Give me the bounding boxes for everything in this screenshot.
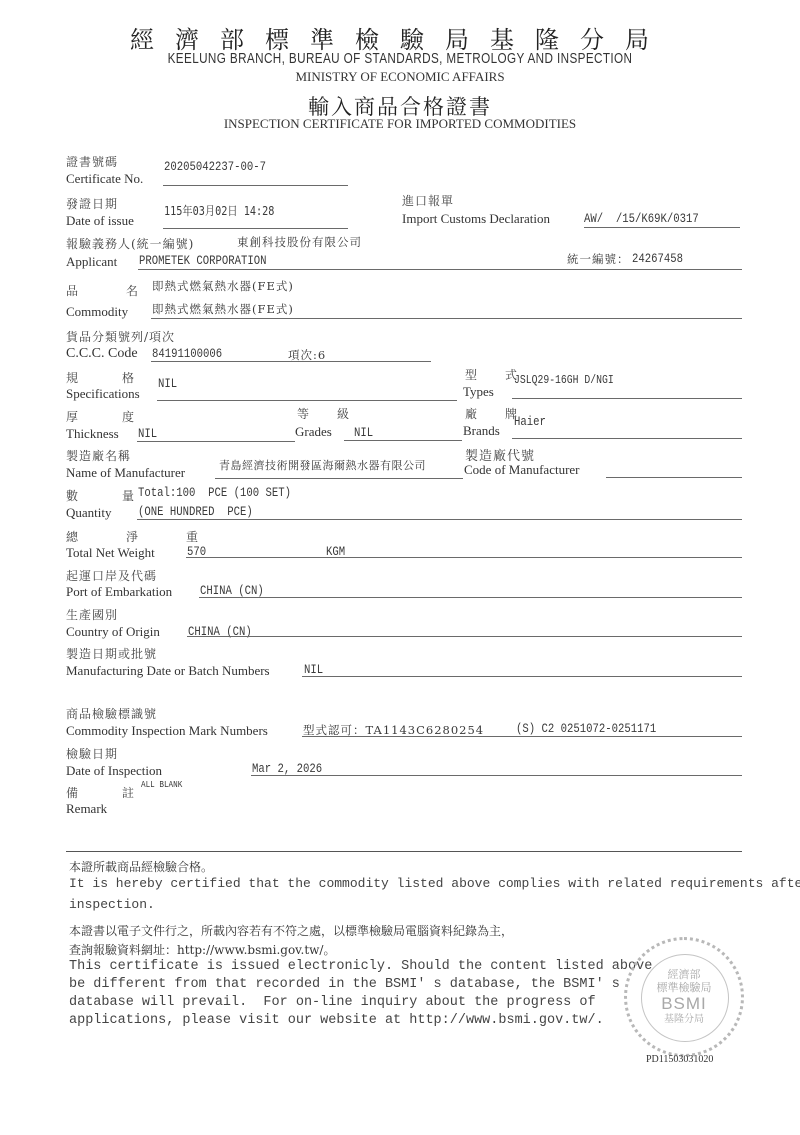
origin-label-en: Country of Origin [66, 624, 160, 640]
manufacturer-underline [215, 478, 463, 479]
types-label-en: Types [463, 384, 494, 400]
date-of-issue-value: 115年03月02日 14:28 [164, 202, 274, 219]
manufacturer-value: 青島經濟技術開發區海爾熱水器有限公司 [219, 457, 426, 473]
manufacturer-label-en: Name of Manufacturer [66, 465, 185, 481]
grades-value: NIL [354, 426, 373, 440]
date-of-issue-label-en: Date of issue [66, 213, 134, 229]
certified-statement-zh: 本證所載商品經檢驗合格。 [69, 858, 213, 875]
statement-separator [66, 851, 742, 852]
electronic-statement-zh-2: 查詢報驗資料網址：http://www.bsmi.gov.tw/。 [69, 941, 335, 958]
grades-label-en: Grades [295, 424, 332, 440]
ccc-code-label-zh: 貨品分類號列/項次 [66, 328, 175, 345]
mfg-date-label-zh: 製造日期或批號 [66, 645, 157, 662]
commodity-label-zh: 品 名 [66, 282, 156, 299]
origin-underline [187, 636, 742, 637]
commodity-value: 即熱式燃氣熱水器(FE式) [152, 301, 294, 317]
applicant-id-label: 統一編號： [567, 251, 630, 267]
brands-label-en: Brands [463, 423, 500, 439]
commodity-value-zh: 即熱式燃氣熱水器(FE式) [152, 278, 294, 294]
ccc-code-label-en: C.C.C. Code [66, 346, 138, 362]
port-label-zh: 起運口岸及代碼 [66, 567, 157, 584]
port-label-en: Port of Embarkation [66, 584, 172, 600]
customs-declaration-label-zh: 進口報單 [402, 192, 454, 209]
quantity-value-words: (ONE HUNDRED PCE) [138, 505, 253, 519]
thickness-label-zh: 厚 度 [66, 408, 150, 425]
specifications-label-zh: 規 格 [66, 369, 150, 386]
applicant-value: PROMETEK CORPORATION [139, 254, 267, 268]
mfg-date-value: NIL [304, 663, 323, 677]
applicant-name-zh: 東創科技股份有限公司 [237, 234, 362, 250]
certificate-title-en: INSPECTION CERTIFICATE FOR IMPORTED COMM… [0, 116, 800, 132]
customs-declaration-value: AW/ /15/K69K/0317 [584, 212, 699, 226]
electronic-statement-en-4: applications, please visit our website a… [69, 1013, 604, 1028]
ministry-name: MINISTRY OF ECONOMIC AFFAIRS [0, 69, 800, 85]
remark-label-zh: 備 註 [66, 784, 150, 801]
brands-underline [512, 438, 742, 439]
manufacturer-code-underline [606, 477, 742, 478]
electronic-statement-en-2: be different from that recorded in the B… [69, 977, 620, 992]
net-weight-label-zh: 總 淨 重 [66, 528, 216, 545]
inspection-date-value: Mar 2, 2026 [252, 762, 322, 776]
thickness-label-en: Thickness [66, 426, 119, 442]
seal-inner-ring [641, 954, 729, 1042]
manufacturer-label-zh: 製造廠名稱 [66, 447, 131, 464]
inspection-date-underline [251, 775, 742, 776]
date-of-issue-label-zh: 發證日期 [66, 195, 118, 212]
mfg-date-underline [302, 676, 742, 677]
electronic-statement-en-3: database will prevail. For on-line inqui… [69, 995, 596, 1010]
types-value: JSLQ29-16GH D/NGI [514, 374, 614, 387]
grades-underline [344, 440, 462, 441]
grades-label-zh: 等 級 [297, 405, 357, 422]
specifications-value: NIL [158, 377, 177, 391]
commodity-label-en: Commodity [66, 304, 128, 320]
remark-label-en: Remark [66, 801, 107, 817]
thickness-value: NIL [138, 427, 157, 441]
mfg-date-label-en: Manufacturing Date or Batch Numbers [66, 663, 270, 679]
certified-statement-en-2: inspection. [69, 897, 155, 912]
customs-declaration-underline [584, 227, 740, 228]
electronic-statement-en-1: This certificate is issued electronicly.… [69, 959, 652, 974]
port-underline [199, 597, 742, 598]
customs-declaration-label-en: Import Customs Declaration [402, 211, 550, 227]
net-weight-label-en: Total Net Weight [66, 545, 155, 561]
applicant-id-value: 24267458 [632, 252, 683, 266]
certificate-no-value: 20205042237-00-7 [164, 160, 266, 174]
specifications-underline [157, 400, 457, 401]
net-weight-underline [186, 557, 742, 558]
electronic-statement-zh-1: 本證書以電子文件行之，所載內容若有不符之處，以標準檢驗局電腦資料紀錄為主， [69, 922, 513, 939]
mark-underline [302, 736, 742, 737]
manufacturer-code-label-en: Code of Manufacturer [464, 462, 580, 478]
certificate-no-label-zh: 證書號碼 [66, 153, 118, 170]
origin-label-zh: 生產國別 [66, 606, 118, 623]
certificate-no-underline [163, 185, 348, 186]
quantity-label-en: Quantity [66, 505, 112, 521]
certificate-no-label-en: Certificate No. [66, 171, 143, 187]
date-of-issue-underline [163, 228, 348, 229]
inspection-date-label-en: Date of Inspection [66, 763, 162, 779]
agency-name-en: KEELUNG BRANCH, BUREAU OF STANDARDS, MET… [88, 50, 712, 67]
applicant-underline [138, 269, 742, 270]
applicant-label-zh: 報驗義務人(統一編號) [66, 235, 194, 252]
bsmi-seal: 經濟部 標準檢驗局 BSMI 基隆分局 [624, 937, 744, 1057]
certified-statement-en-1: It is hereby certified that the commodit… [69, 876, 800, 891]
seal-code: PD11503031020 [646, 1054, 713, 1065]
thickness-underline [137, 441, 295, 442]
ccc-code-value: 84191100006 [152, 347, 222, 361]
port-value: CHINA (CN) [200, 584, 264, 598]
remark-value: ALL BLANK [141, 780, 182, 790]
inspection-date-label-zh: 檢驗日期 [66, 745, 118, 762]
applicant-label-en: Applicant [66, 254, 117, 270]
mark-label-zh: 商品檢驗標識號 [66, 705, 157, 722]
commodity-underline [151, 318, 742, 319]
specifications-label-en: Specifications [66, 386, 140, 402]
quantity-value: Total:100 PCE (100 SET) [138, 486, 291, 500]
types-underline [512, 398, 742, 399]
mark-label-en: Commodity Inspection Mark Numbers [66, 723, 268, 739]
quantity-underline [137, 519, 742, 520]
ccc-code-underline [151, 361, 431, 362]
mark-value-serial: (S) C2 0251072-0251171 [516, 722, 656, 736]
brands-value: Haier [514, 415, 546, 429]
